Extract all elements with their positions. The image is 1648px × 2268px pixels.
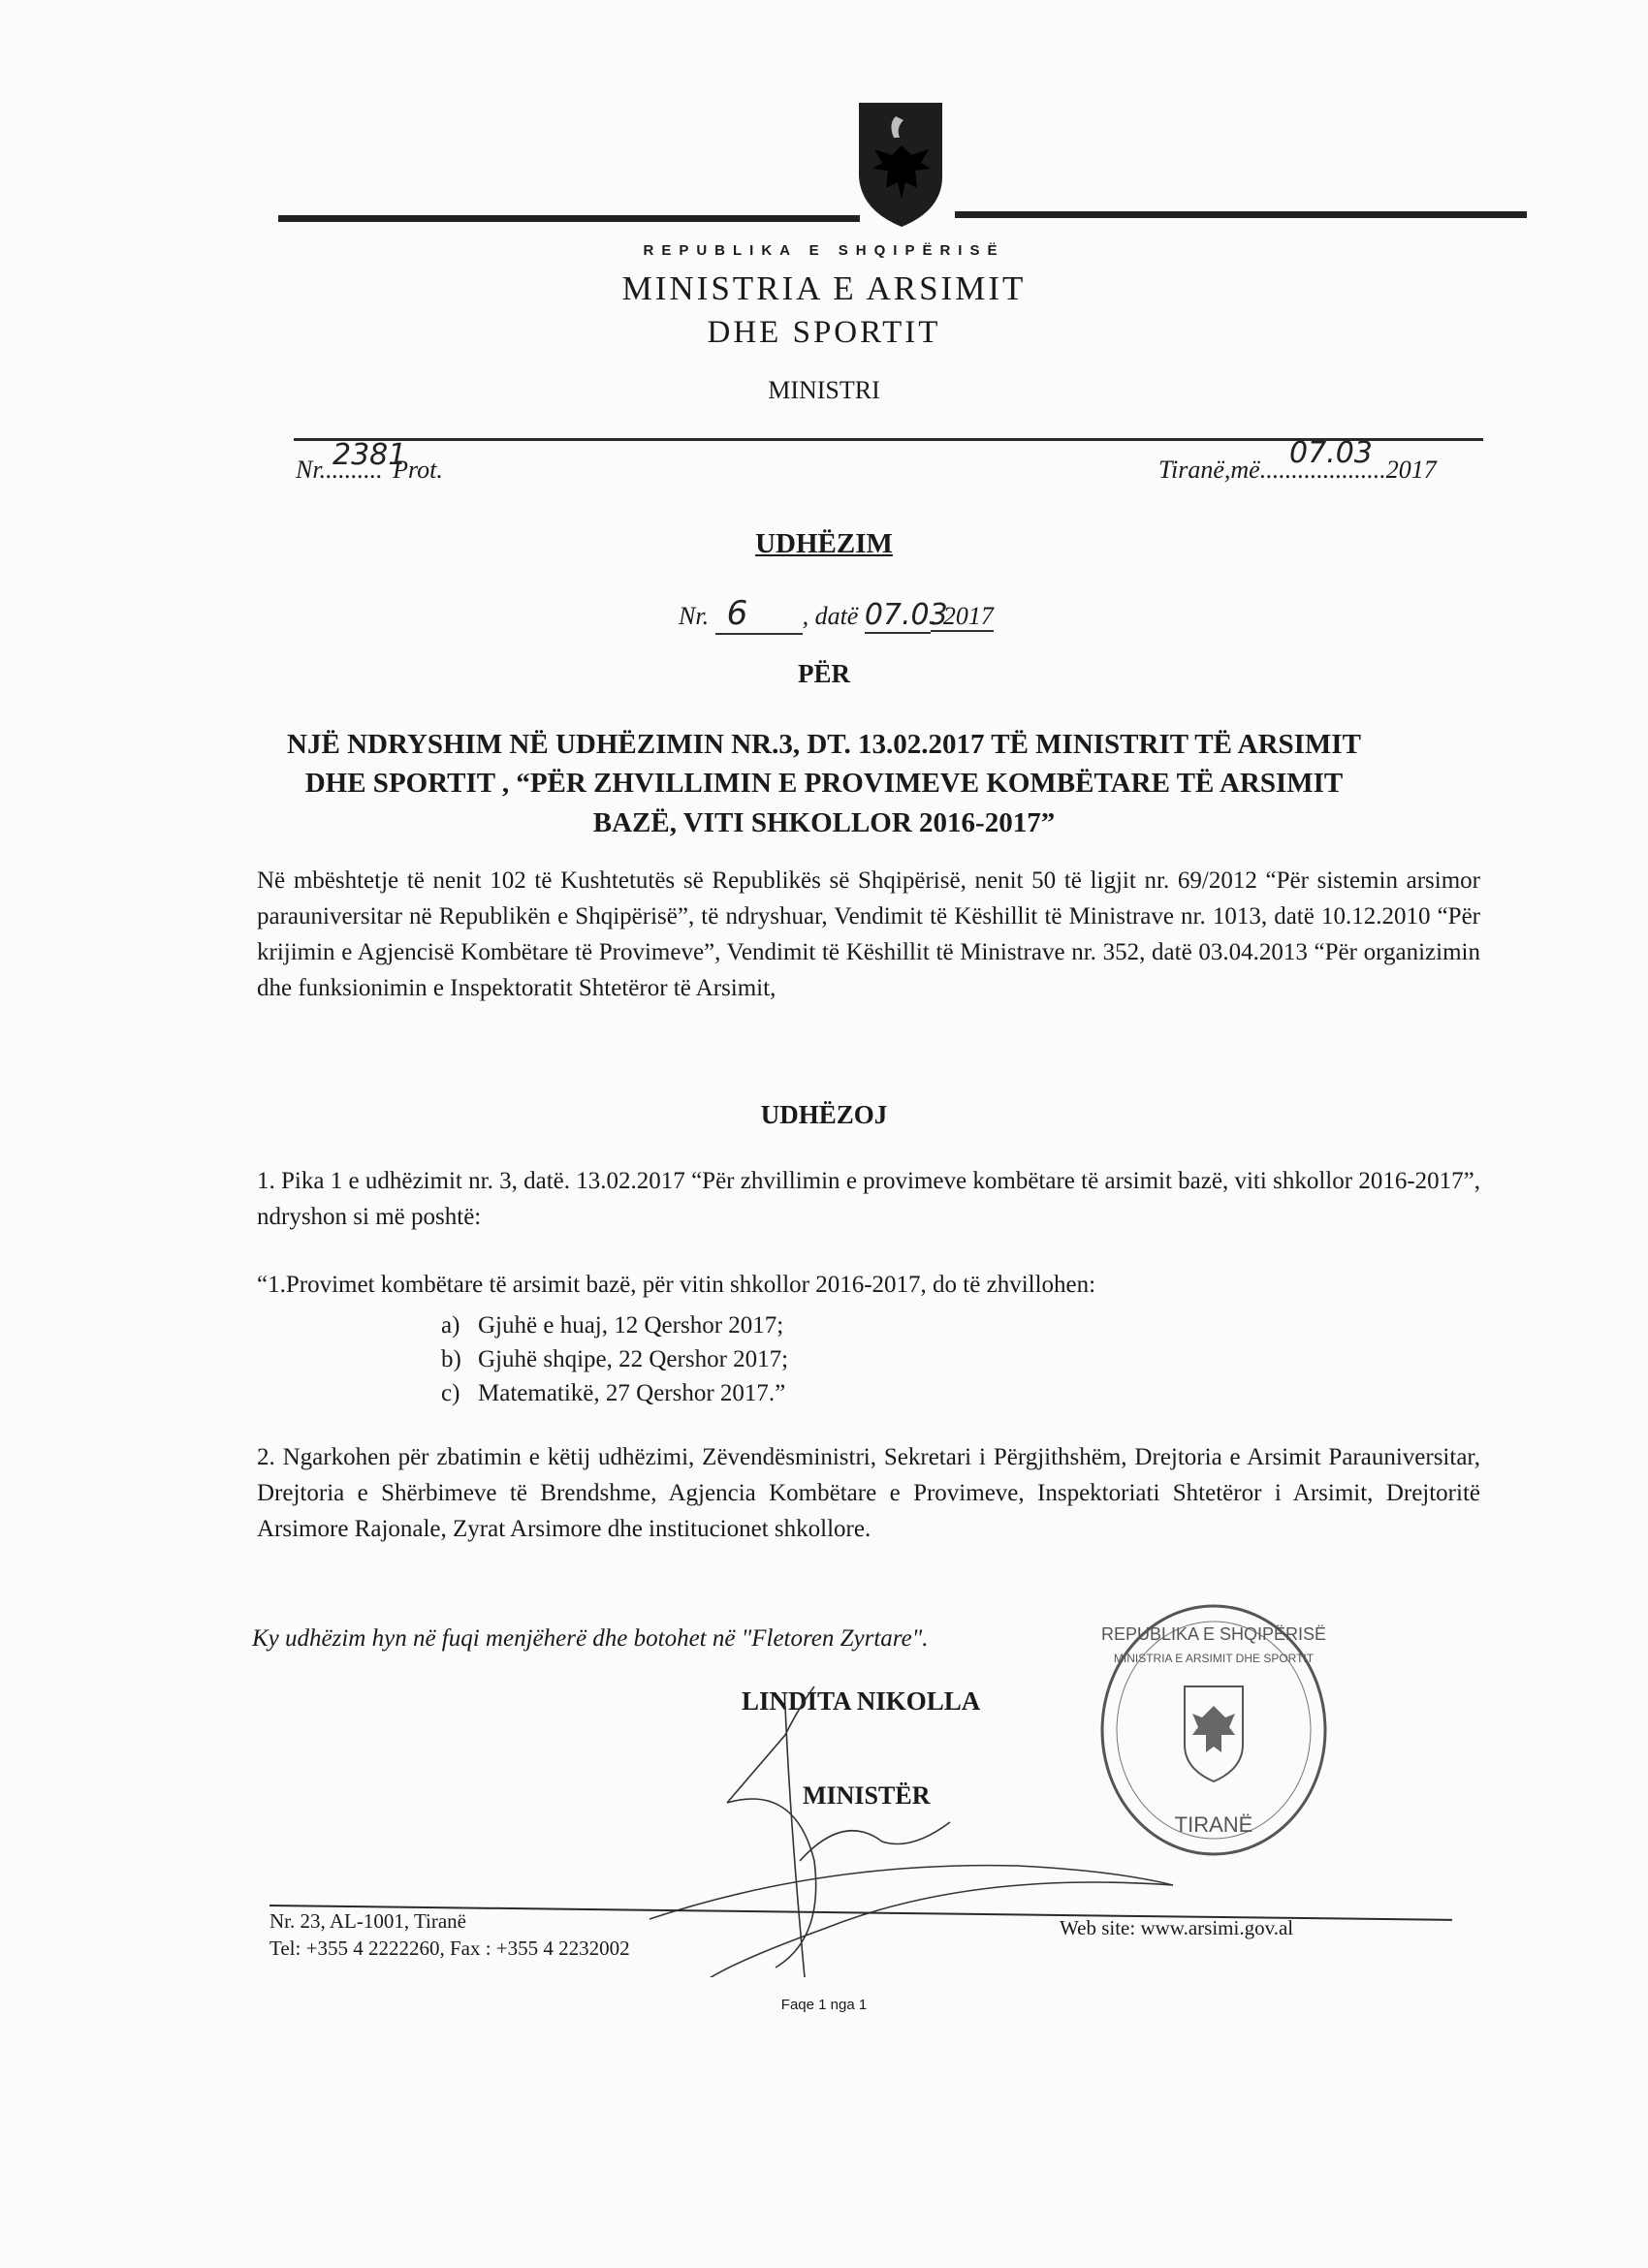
exam-item: b)Gjuhë shqipe, 22 Qershor 2017; [441, 1342, 788, 1376]
place-date: Tiranë,më....................2017 07.03 [1158, 456, 1437, 485]
per-heading: PËR [0, 659, 1648, 689]
protocol-number-handwritten: 2381 [333, 438, 406, 472]
point-1: 1. Pika 1 e udhëzimit nr. 3, datë. 13.02… [257, 1163, 1480, 1235]
stamp-inner-text: MINISTRIA E ARSIMIT DHE SPORTIT [1114, 1652, 1315, 1665]
ministry-name-line1: MINISTRIA E ARSIMIT [0, 269, 1648, 308]
document-type: UDHËZIM [0, 528, 1648, 560]
subject-line-3: BAZË, VITI SHKOLLOR 2016-2017” [0, 807, 1648, 839]
page-number: Faqe 1 nga 1 [0, 1997, 1648, 2013]
doc-nr-label: Nr. [679, 602, 709, 630]
stamp-outer-text: REPUBLIKA E SHQIPËRISË [1101, 1624, 1326, 1644]
albanian-coat-of-arms-icon [853, 99, 950, 230]
stamp-city-text: TIRANË [1175, 1812, 1253, 1837]
place-label: Tiranë,më [1158, 456, 1260, 484]
nr-label: Nr [296, 456, 320, 484]
ministry-name-line2: DHE SPORTIT [0, 315, 1648, 351]
footer-phone-fax: Tel: +355 4 2222260, Fax : +355 4 223200… [269, 1937, 630, 1961]
header-rule-left [278, 215, 860, 222]
year: .2017 [1379, 456, 1437, 484]
decree-heading: UDHËZOJ [0, 1100, 1648, 1130]
exam-item: a)Gjuhë e huaj, 12 Qershor 2017; [441, 1308, 788, 1342]
doc-date-label: , datë [803, 602, 859, 630]
closing-statement: Ky udhëzim hyn në fuqi menjëherë dhe bot… [252, 1625, 928, 1653]
protocol-number: Nr.......... 2381 Prot. [296, 456, 443, 485]
official-stamp-icon: REPUBLIKA E SHQIPËRISË MINISTRIA E ARSIM… [1097, 1599, 1330, 1861]
exam-item: c)Matematikë, 27 Qershor 2017.” [441, 1376, 788, 1410]
exam-list: a)Gjuhë e huaj, 12 Qershor 2017; b)Gjuhë… [441, 1308, 788, 1410]
doc-date-year: . 2017 [931, 602, 994, 632]
preamble-paragraph: Në mbështetje të nenit 102 të Kushtetutë… [257, 863, 1480, 1006]
doc-nr-value: 6 [715, 594, 803, 635]
header-rule-right [955, 211, 1527, 218]
subject-line-2: DHE SPORTIT , “PËR ZHVILLIMIN E PROVIMEV… [0, 768, 1648, 800]
office-title: MINISTRI [0, 376, 1648, 405]
point-2: 2. Ngarkohen për zbatimin e këtij udhëzi… [257, 1439, 1480, 1547]
date-handwritten: 07.03 [1289, 436, 1373, 470]
footer-address: Nr. 23, AL-1001, Tiranë [269, 1909, 466, 1934]
republic-name: REPUBLIKA E SHQIPËRISË [0, 242, 1648, 259]
quote-intro: “1.Provimet kombëtare të arsimit bazë, p… [257, 1272, 1095, 1299]
subject-line-1: NJË NDRYSHIM NË UDHËZIMIN NR.3, DT. 13.0… [0, 729, 1648, 761]
document-number-line: Nr. 6, datë 07.03. 2017 [679, 594, 994, 635]
footer-website: Web site: www.arsimi.gov.al [1060, 1916, 1293, 1940]
doc-date-value: 07.03 [865, 598, 931, 634]
